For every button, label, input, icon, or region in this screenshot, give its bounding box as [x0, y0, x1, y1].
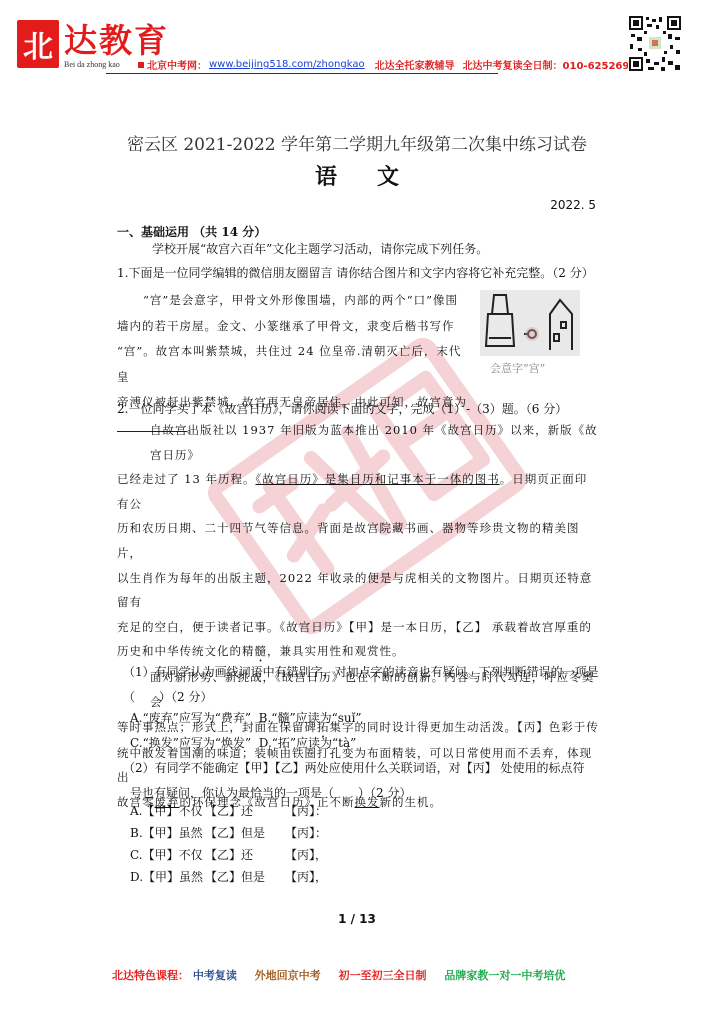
subquestion-2-options: A.【甲】不仅【乙】还【丙】： B.【甲】虽然【乙】但是【丙】： C.【甲】不仅… — [130, 800, 327, 888]
option-b[interactable]: B.“髓”应读为“suǐ” — [259, 711, 362, 725]
passage-line: 充足的空白，便于读者记事。《故宫日历》【甲】是一本日历，【乙】 承载着故宫厚重的 — [117, 615, 599, 640]
page-number: 1 / 13 — [0, 912, 714, 926]
option-jia: B.【甲】虽然 — [130, 822, 205, 844]
footer-banner: 北达特色课程： 中考复读 外地回京中考 初一至初三全日制 品牌家教一对一中考培优 — [112, 967, 579, 983]
option-bing: 【丙】： — [285, 822, 327, 844]
option-bing: 【丙】， — [285, 866, 327, 888]
option-yi: 【乙】但是 — [205, 822, 285, 844]
option-bing: 【丙】， — [285, 844, 327, 866]
image-caption: 会意字“宫” — [490, 360, 545, 376]
text: ，兼具实用性和观赏性。 — [267, 644, 405, 658]
exam-date: 2022. 5 — [550, 198, 596, 212]
passage-line: 已经走过了 13 年历程。《故宫日历》是集日历和记事本于一体的图书。日期页正面印… — [117, 467, 599, 516]
passage-line: “宫”是会意字，甲骨文外形像围墙，内部的两个“口”像围 — [117, 288, 469, 314]
question-1-prompt: 1.下面是一位同学编辑的微信朋友圈留言 请你结合图片和文字内容将它补充完整。（2… — [117, 261, 594, 286]
text: 已经走过了 13 年历程。 — [117, 472, 255, 486]
underlined-sentence: 《故宫日历》是集日历和记事本于一体的图书 — [255, 472, 499, 486]
promo-tutoring: 北达全托家教辅导 — [375, 57, 455, 72]
option-row[interactable]: D.【甲】虽然【乙】但是【丙】， — [130, 866, 327, 888]
option-yi: 【乙】还 — [205, 800, 285, 822]
subquestion-1-options: A.“废弃”应写为“费弃” B.“髓”应读为“suǐ” C.“换发”应写为“焕发… — [130, 706, 362, 756]
gong-character-image — [480, 290, 580, 356]
text: 集字的同时设计得更加生动活泼。【丙】色彩于传 — [330, 720, 599, 734]
subject-title: 语文 — [0, 160, 714, 191]
option-yi: 【乙】还 — [205, 844, 285, 866]
option-row[interactable]: B.【甲】虽然【乙】但是【丙】： — [130, 822, 327, 844]
subquestion-1-prompt: （1）有同学认为画线词语中有错别字，对加点字的读音也有疑问。下列判断错误的一项是 — [123, 660, 599, 685]
footer-course-1: 中考复读 — [193, 969, 237, 982]
site-link[interactable]: www.beijing518.com/zhongkao — [209, 59, 365, 70]
option-c[interactable]: C.“换发”应写为“焕发” — [130, 736, 251, 750]
dotted-char: 髓 — [255, 644, 268, 658]
footer-course-3: 初一至初三全日制 — [339, 969, 427, 982]
subquestion-2: （2）有同学不能确定【甲】【乙】两处应使用什么关联词语，对【丙】 处使用的标点符… — [123, 756, 584, 806]
option-bing: 【丙】： — [285, 800, 327, 822]
logo-text: 达教育 — [64, 22, 169, 60]
option-jia: C.【甲】不仅 — [130, 844, 205, 866]
header-banner: 北京中考网： www.beijing518.com/zhongkao 北达全托家… — [138, 57, 643, 72]
bullet-square-icon — [138, 62, 144, 68]
logo-mark: 北 — [17, 20, 59, 68]
qr-code-icon — [628, 15, 682, 72]
option-a[interactable]: A.“废弃”应写为“费弃” — [130, 711, 251, 725]
option-yi: 【乙】但是 — [205, 866, 285, 888]
intro-text: 学校开展“故宫六百年”文化主题学习活动，请你完成下列任务。 — [152, 237, 488, 262]
options-row: C.“换发”应写为“焕发” D.“拓”应读为“tà” — [130, 731, 362, 756]
passage-line: 自故宫出版社以 1937 年旧版为蓝本推出 2010 年《故宫日历》以来，新版《… — [117, 418, 599, 467]
text: 历史和中华传统文化的精 — [117, 644, 255, 658]
header-divider — [106, 73, 498, 74]
options-row: A.“废弃”应写为“费弃” B.“髓”应读为“suǐ” — [130, 706, 362, 731]
footer-course-2: 外地回京中考 — [255, 969, 321, 982]
option-row[interactable]: A.【甲】不仅【乙】还【丙】： — [130, 800, 327, 822]
passage-line: 历和农历日期、二十四节气等信息。背面是故宫院藏书画、器物等珍贵文物的精美图片， — [117, 516, 599, 565]
logo-subtitle: Bei da zhong kao — [64, 60, 120, 69]
passage-line: 墙内的若干房屋。金文、小篆继承了甲骨文，隶变后楷书写作 — [117, 314, 469, 340]
option-row[interactable]: C.【甲】不仅【乙】还【丙】， — [130, 844, 327, 866]
subquestion-1: （1）有同学认为画线词语中有错别字，对加点字的读音也有疑问。下列判断错误的一项是… — [123, 660, 599, 710]
subquestion-2-prompt: （2）有同学不能确定【甲】【乙】两处应使用什么关联词语，对【丙】 处使用的标点符 — [123, 756, 584, 781]
option-jia: A.【甲】不仅 — [130, 800, 205, 822]
promo-phone: 北达中考复读全日制：010-62526900 — [463, 57, 644, 72]
passage-line: 以生肖作为每年的出版主题，2022 年收录的便是与虎相关的文物图片。日期页还特意… — [117, 566, 599, 615]
option-d[interactable]: D.“拓”应读为“tà” — [259, 736, 357, 750]
passage-line: “宫”。故宫本叫紫禁城，共住过 24 位皇帝.清朝灭亡后，末代皇 — [117, 339, 469, 390]
footer-label: 北达特色课程： — [112, 969, 189, 982]
exam-title: 密云区 2021-2022 学年第二学期九年级第二次集中练习试卷 — [0, 130, 714, 155]
site-label: 北京中考网： — [147, 57, 207, 72]
option-jia: D.【甲】虽然 — [130, 866, 205, 888]
footer-course-4: 品牌家教一对一中考培优 — [444, 969, 565, 982]
